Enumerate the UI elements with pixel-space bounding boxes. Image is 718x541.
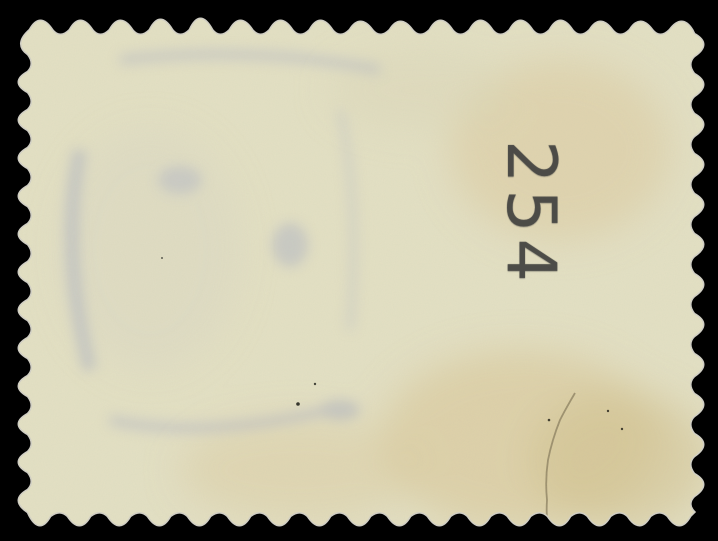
stamp-paper <box>0 0 718 541</box>
stamp-image: 254 Reverse side of a perforated postage… <box>0 0 718 541</box>
